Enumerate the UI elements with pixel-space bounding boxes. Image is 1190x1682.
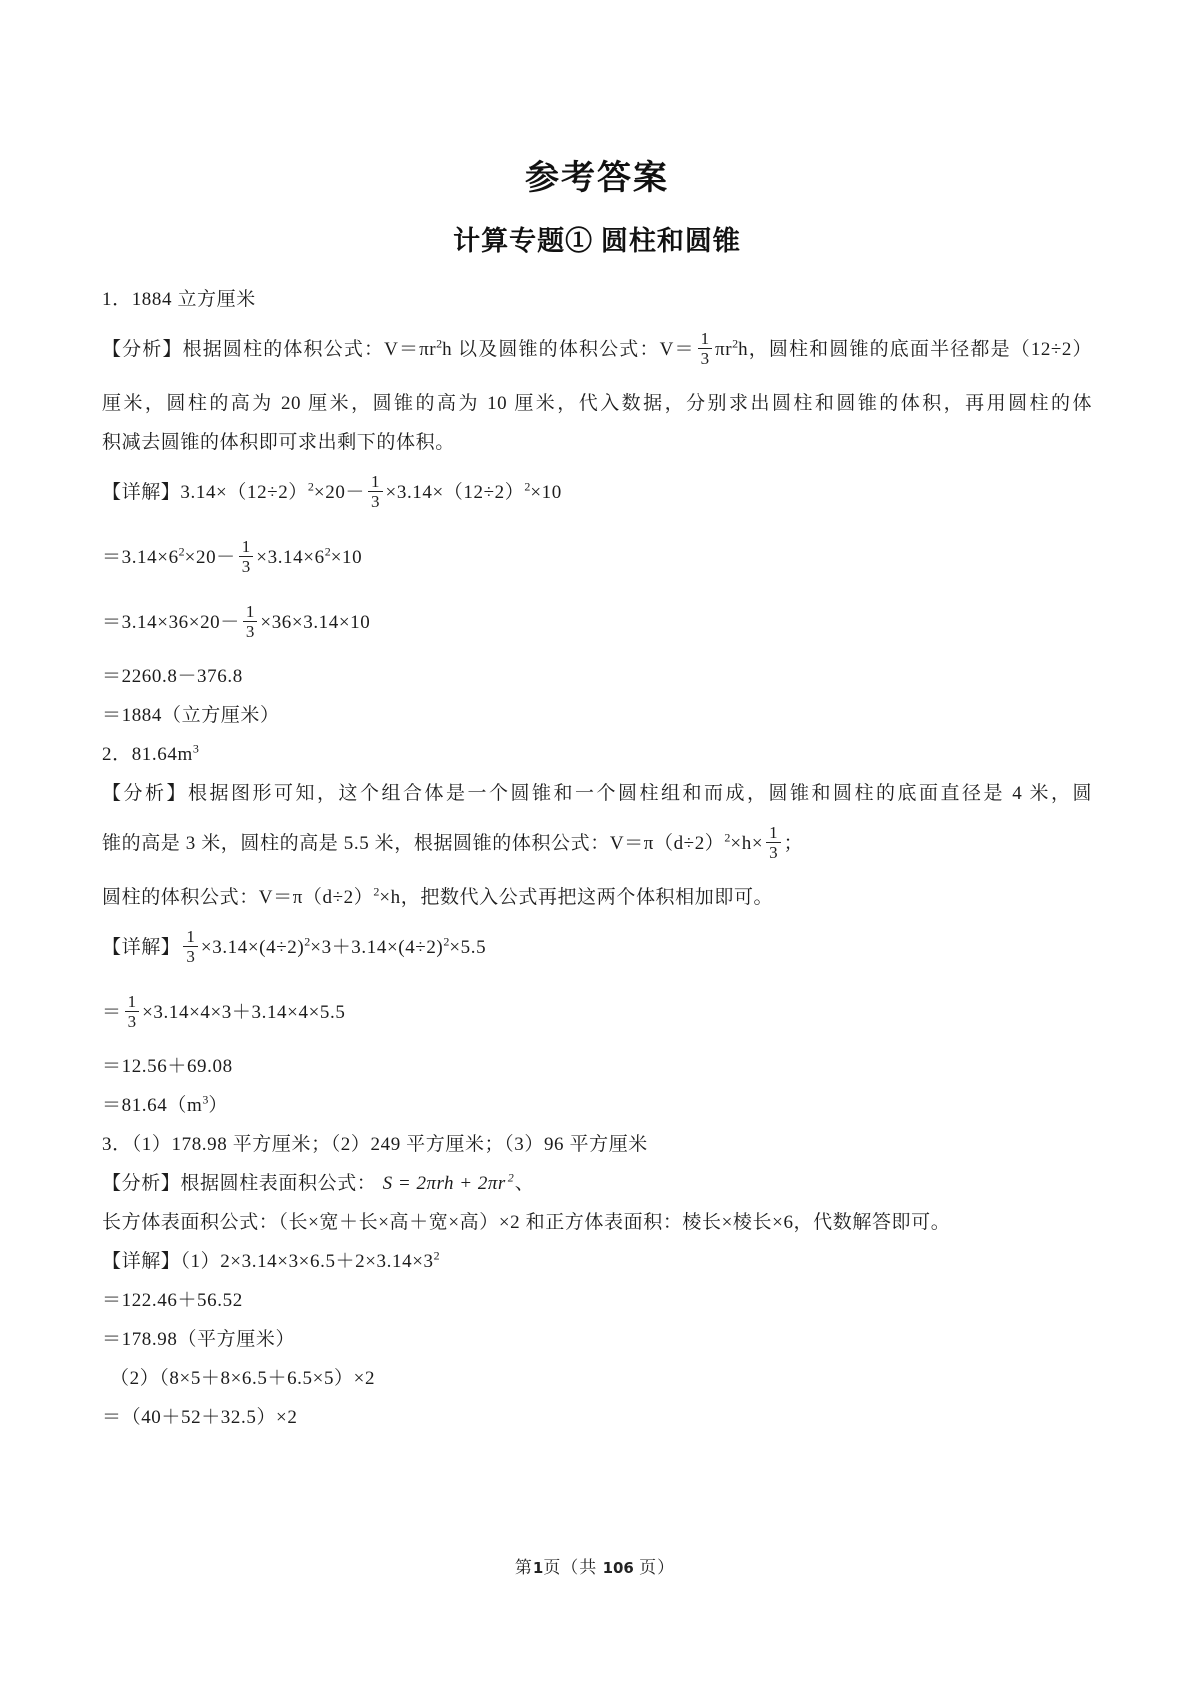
text-run: ＝3.14×6 [102,547,179,568]
fraction-denominator: 3 [698,348,713,368]
footer-text: 页（共 [543,1558,602,1577]
text-run: 圆柱的体积公式：V＝π（d÷2） [102,887,373,908]
text-run: 厘米，圆柱的高为 20 厘米，圆锥的高为 10 厘米，代入数据，分别求出圆柱和圆… [102,393,1092,414]
detail-1-result: ＝1884（立方厘米） [102,702,1092,729]
text-run: 【详解】3.14×（12÷2） [102,482,308,503]
fraction: 13 [125,992,140,1031]
fraction-denominator: 3 [368,491,383,511]
section-title: 计算专题① 圆柱和圆锥 [102,219,1092,258]
answer-3: 3．（1）178.98 平方厘米；（2）249 平方厘米；（3）96 平方厘米 [102,1131,1092,1158]
analysis-3-line-2: 长方体表面积公式：（长×宽＋长×高＋宽×高）×2 和正方体表面积：棱长×棱长×6… [102,1209,1092,1236]
answer-2: 2．81.64m3 [102,741,1092,768]
text-run: ×5.5 [449,937,486,958]
text-run: h 以及圆锥的体积公式：V＝ [442,339,695,360]
text-run: ×3.14×(4÷2) [201,937,304,958]
text-run: 2．81.64m [102,744,193,765]
detail-1-step-1: ＝3.14×62×20－13×3.14×62×10 [102,533,1092,586]
fraction-numerator: 1 [698,329,713,348]
detail-2-step-1: ＝13×3.14×4×3＋3.14×4×5.5 [102,988,1092,1041]
text-run: ＝3.14×36×20－ [102,612,240,633]
analysis-2-line-1: 【分析】根据图形可知，这个组合体是一个圆锥和一个圆柱组和而成，圆锥和圆柱的底面直… [102,780,1092,807]
text-run: ×h，把数代入公式再把这两个体积相加即可。 [379,887,773,908]
analysis-1-line-1: 【分析】根据圆柱的体积公式：V＝πr2h 以及圆锥的体积公式：V＝13πr2h，… [102,325,1092,378]
text-run: ） [208,1095,228,1116]
fraction-numerator: 1 [368,472,383,491]
detail-3-result-1: ＝178.98（平方厘米） [102,1326,1092,1353]
fraction: 13 [183,927,198,966]
detail-3-formula: 【详解】（1）2×3.14×3×6.5＋2×3.14×32 [102,1248,1092,1275]
text-run: ×3＋3.14×(4÷2) [310,937,443,958]
text-run: 、 [515,1173,535,1194]
fraction-numerator: 1 [766,823,781,842]
text-run: ×3.14×（12÷2） [386,482,525,503]
text-run: ×10 [331,547,363,568]
text-run: ×3.14×6 [256,547,324,568]
text-run: 【详解】 [102,937,180,958]
detail-1-step-2: ＝3.14×36×20－13×36×3.14×10 [102,598,1092,651]
fraction: 13 [766,823,781,862]
detail-2-formula: 【详解】13×3.14×(4÷2)2×3＋3.14×(4÷2)2×5.5 [102,923,1092,976]
text-run: 积减去圆锥的体积即可求出剩下的体积。 [102,432,455,453]
text-run: ＝ [102,1002,122,1023]
analysis-1-line-2: 厘米，圆柱的高为 20 厘米，圆锥的高为 10 厘米，代入数据，分别求出圆柱和圆… [102,390,1092,417]
fraction-numerator: 1 [243,602,258,621]
text-run: ×3.14×4×3＋3.14×4×5.5 [142,1002,345,1023]
text-run: ＝122.46＋56.52 [102,1290,243,1311]
detail-2-step-2: ＝12.56＋69.08 [102,1053,1092,1080]
document-page: 参考答案 计算专题① 圆柱和圆锥 1．1884 立方厘米【分析】根据圆柱的体积公… [0,0,1190,1431]
text-run: ＝1884（立方厘米） [102,705,280,726]
text-run: ＝（40＋52＋32.5）×2 [102,1407,297,1428]
math-italic-run: S = 2πrh + 2πr [376,1173,506,1194]
footer-text: 页） [634,1558,675,1577]
page-number: 1 [533,1559,543,1577]
fraction-denominator: 3 [243,621,258,641]
fraction-denominator: 3 [766,842,781,862]
text-run: ×10 [530,482,562,503]
text-run: ＝81.64（m [102,1095,202,1116]
fraction-numerator: 1 [183,927,198,946]
fraction-denominator: 3 [183,946,198,966]
detail-3-step-2: ＝（40＋52＋32.5）×2 [102,1404,1092,1431]
answer-1: 1．1884 立方厘米 [102,286,1092,313]
fraction-numerator: 1 [239,537,254,556]
text-run: 锥的高是 3 米，圆柱的高是 5.5 米，根据圆锥的体积公式：V＝π（d÷2） [102,833,724,854]
fraction-numerator: 1 [125,992,140,1011]
text-run: ； [784,833,804,854]
text-run: ×20－ [185,547,236,568]
text-run: ＝178.98（平方厘米） [102,1329,295,1350]
fraction-denominator: 3 [125,1011,140,1031]
footer-text: 第 [515,1558,533,1577]
text-run: h，圆柱和圆锥的底面半径都是（12÷2） [738,339,1092,360]
text-run: ×h× [730,833,763,854]
fraction: 13 [698,329,713,368]
text-run: ＝12.56＋69.08 [102,1056,233,1077]
superscript: 3 [193,742,199,756]
page-number: 106 [603,1559,634,1577]
detail-1-step-3: ＝2260.8－376.8 [102,663,1092,690]
text-run: 【详解】（1）2×3.14×3×6.5＋2×3.14×3 [102,1251,434,1272]
text-run: πr [715,339,732,360]
analysis-1-line-3: 积减去圆锥的体积即可求出剩下的体积。 [102,429,1092,456]
detail-1-formula: 【详解】3.14×（12÷2）2×20－13×3.14×（12÷2）2×10 [102,468,1092,521]
fraction-denominator: 3 [239,556,254,576]
text-run: 长方体表面积公式：（长×宽＋长×高＋宽×高）×2 和正方体表面积：棱长×棱长×6… [102,1212,950,1233]
text-run: ＝2260.8－376.8 [102,666,243,687]
analysis-3-line-1: 【分析】根据圆柱表面积公式： S = 2πrh + 2πr2、 [102,1170,1092,1197]
superscript: 2 [508,1171,514,1185]
document-lines: 1．1884 立方厘米【分析】根据圆柱的体积公式：V＝πr2h 以及圆锥的体积公… [102,286,1092,1431]
text-run: 【分析】根据图形可知，这个组合体是一个圆锥和一个圆柱组和而成，圆锥和圆柱的底面直… [102,783,1092,804]
fraction: 13 [368,472,383,511]
detail-3-formula-2: （2）（8×5＋8×6.5＋6.5×5）×2 [102,1365,1092,1392]
superscript: 2 [434,1249,440,1263]
fraction: 13 [239,537,254,576]
text-run: ×36×3.14×10 [260,612,370,633]
text-run: 1．1884 立方厘米 [102,289,256,310]
fraction: 13 [243,602,258,641]
text-run: 3．（1）178.98 平方厘米；（2）249 平方厘米；（3）96 平方厘米 [102,1134,648,1155]
math-italic-superscript: 2 [507,1173,515,1194]
detail-2-result: ＝81.64（m3） [102,1092,1092,1119]
detail-3-step-1: ＝122.46＋56.52 [102,1287,1092,1314]
text-run: 【分析】根据圆柱的体积公式：V＝πr [102,339,436,360]
page-title: 参考答案 [102,150,1092,199]
analysis-2-line-3: 圆柱的体积公式：V＝π（d÷2）2×h，把数代入公式再把这两个体积相加即可。 [102,884,1092,911]
text-run: 【分析】根据圆柱表面积公式： [102,1173,376,1194]
analysis-2-line-2: 锥的高是 3 米，圆柱的高是 5.5 米，根据圆锥的体积公式：V＝π（d÷2）2… [102,819,1092,872]
text-run: ×20－ [314,482,365,503]
text-run: （2）（8×5＋8×6.5＋6.5×5）×2 [110,1368,375,1389]
page-footer: 第1页（共 106 页） [0,1553,1190,1578]
